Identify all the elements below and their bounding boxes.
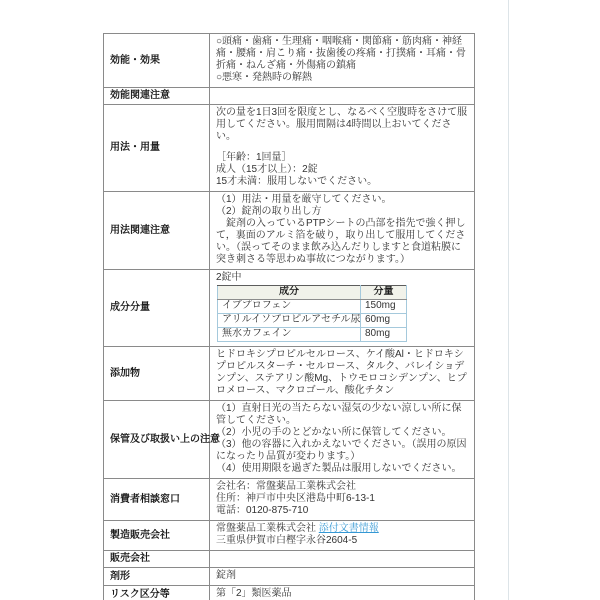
contact-company-text: 会社名：常盤薬品工業株式会社	[216, 481, 468, 493]
storage-item1-text: （1）直射日光の当たらない湿気の少ない涼しい所に保管してください。	[216, 403, 468, 427]
row-efficacy: 効能・効果 ○頭痛・歯痛・生理痛・咽喉痛・関節痛・筋肉痛・神経痛・腰痛・肩こり痛…	[104, 34, 475, 88]
ingredient-amount: 150mg	[361, 300, 407, 314]
ingredient-row: アリルイソプロピルアセチル尿素 60mg	[218, 314, 407, 328]
row-content-dosage-note: （1）用法・用量を厳守してください。 （2）錠剤の取り出し方 錠剤の入っているP…	[210, 192, 475, 270]
storage-item4-text: （4）使用期限を過ぎた製品は服用しないでください。	[216, 463, 468, 475]
dosage-age-header-text: ［年齢：1回量］	[216, 152, 468, 164]
efficacy-indications-text: ○頭痛・歯痛・生理痛・咽喉痛・関節痛・筋肉痛・神経痛・腰痛・肩こり痛・抜歯後の疼…	[216, 36, 468, 72]
row-label-dosage: 用法・用量	[104, 105, 210, 192]
row-ingredients: 成分分量 2錠中 成分 分量 イブプロフェン 150mg アリルイソプロピルアセ…	[104, 270, 475, 347]
storage-item2-text: （2）小児の手のとどかない所に保管してください。	[216, 427, 468, 439]
dosage-note-item1-text: （1）用法・用量を厳守してください。	[216, 194, 468, 206]
row-label-dosage-form: 剤形	[104, 568, 210, 586]
blank-line	[216, 143, 468, 152]
row-content-dosage-form: 錠剤	[210, 568, 475, 586]
row-content-efficacy-note	[210, 88, 475, 105]
dosage-frequency-text: 次の量を1日3回を限度とし、なるべく空腹時をさけて服用してください。服用間隔は4…	[216, 107, 468, 143]
dosage-under15-text: 15才未満：服用しないでください。	[216, 176, 468, 188]
row-efficacy-note: 効能関連注意	[104, 88, 475, 105]
row-label-additives: 添加物	[104, 347, 210, 401]
row-content-storage: （1）直射日光の当たらない湿気の少ない涼しい所に保管してください。 （2）小児の…	[210, 401, 475, 479]
row-label-manufacturer: 製造販売会社	[104, 521, 210, 551]
row-label-efficacy: 効能・効果	[104, 34, 210, 88]
ingredient-name: イブプロフェン	[218, 300, 361, 314]
row-content-risk-class: 第「2」類医薬品	[210, 586, 475, 600]
ingredients-header-row: 成分 分量	[218, 286, 407, 300]
scan-page-edge-line	[508, 0, 509, 600]
additives-list-text: ヒドロキシプロピルセルロース、ケイ酸Al・ヒドロキシプロピルスターチ・セルロース…	[216, 349, 468, 397]
dosage-adult-text: 成人（15才以上）：2錠	[216, 164, 468, 176]
storage-item3-text: （3）他の容器に入れかえないでください。（誤用の原因になったり品質が変わります。…	[216, 439, 468, 463]
row-content-seller	[210, 551, 475, 568]
row-content-dosage: 次の量を1日3回を限度とし、なるべく空腹時をさけて服用してください。服用間隔は4…	[210, 105, 475, 192]
row-content-additives: ヒドロキシプロピルセルロース、ケイ酸Al・ヒドロキシプロピルスターチ・セルロース…	[210, 347, 475, 401]
ingredients-col-header-amount: 分量	[361, 286, 407, 300]
row-label-seller: 販売会社	[104, 551, 210, 568]
row-label-contact: 消費者相談窓口	[104, 479, 210, 521]
row-dosage-form: 剤形 錠剤	[104, 568, 475, 586]
row-label-ingredients: 成分分量	[104, 270, 210, 347]
contact-address-text: 住所：神戸市中央区港島中町6-13-1	[216, 493, 468, 505]
contact-phone-text: 電話：0120-875-710	[216, 505, 468, 517]
drug-info-table: 効能・効果 ○頭痛・歯痛・生理痛・咽喉痛・関節痛・筋肉痛・神経痛・腰痛・肩こり痛…	[103, 33, 475, 600]
row-content-ingredients: 2錠中 成分 分量 イブプロフェン 150mg アリルイソプロピルアセチル尿素 …	[210, 270, 475, 347]
row-seller: 販売会社	[104, 551, 475, 568]
attached-document-info-link[interactable]: 添付文書情報	[319, 523, 379, 534]
ingredient-amount: 80mg	[361, 328, 407, 342]
row-content-manufacturer: 常盤薬品工業株式会社 添付文書情報 三重県伊賀市白樫字永谷2604-5	[210, 521, 475, 551]
row-additives: 添加物 ヒドロキシプロピルセルロース、ケイ酸Al・ヒドロキシプロピルスターチ・セ…	[104, 347, 475, 401]
dosage-note-ptp-text: 錠剤の入っているPTPシートの凸部を指先で強く押して，裏面のアルミ箔を破り，取り…	[216, 218, 468, 266]
ingredient-name: アリルイソプロピルアセチル尿素	[218, 314, 361, 328]
manufacturer-company-text: 常盤薬品工業株式会社	[216, 523, 319, 534]
ingredients-table: 成分 分量 イブプロフェン 150mg アリルイソプロピルアセチル尿素 60mg…	[217, 285, 407, 342]
ingredients-col-header-name: 成分	[218, 286, 361, 300]
row-label-efficacy-note: 効能関連注意	[104, 88, 210, 105]
manufacturer-address-text: 三重県伊賀市白樫字永谷2604-5	[216, 535, 468, 547]
ingredient-amount: 60mg	[361, 314, 407, 328]
row-contact: 消費者相談窓口 会社名：常盤薬品工業株式会社 住所：神戸市中央区港島中町6-13…	[104, 479, 475, 521]
row-dosage-note: 用法関連注意 （1）用法・用量を厳守してください。 （2）錠剤の取り出し方 錠剤…	[104, 192, 475, 270]
row-label-risk-class: リスク区分等	[104, 586, 210, 600]
row-risk-class: リスク区分等 第「2」類医薬品	[104, 586, 475, 600]
row-dosage: 用法・用量 次の量を1日3回を限度とし、なるべく空腹時をさけて服用してください。…	[104, 105, 475, 192]
dosage-note-item2-text: （2）錠剤の取り出し方	[216, 206, 468, 218]
row-label-storage: 保管及び取扱い上の注意	[104, 401, 210, 479]
row-storage: 保管及び取扱い上の注意 （1）直射日光の当たらない湿気の少ない涼しい所に保管して…	[104, 401, 475, 479]
row-manufacturer: 製造販売会社 常盤薬品工業株式会社 添付文書情報 三重県伊賀市白樫字永谷2604…	[104, 521, 475, 551]
efficacy-fever-text: ○悪寒・発熱時の解熱	[216, 72, 468, 84]
row-content-contact: 会社名：常盤薬品工業株式会社 住所：神戸市中央区港島中町6-13-1 電話：01…	[210, 479, 475, 521]
ingredient-row: 無水カフェイン 80mg	[218, 328, 407, 342]
ingredients-per-dose-text: 2錠中	[216, 272, 468, 284]
row-label-dosage-note: 用法関連注意	[104, 192, 210, 270]
ingredient-row: イブプロフェン 150mg	[218, 300, 407, 314]
ingredient-name: 無水カフェイン	[218, 328, 361, 342]
row-content-efficacy: ○頭痛・歯痛・生理痛・咽喉痛・関節痛・筋肉痛・神経痛・腰痛・肩こり痛・抜歯後の疼…	[210, 34, 475, 88]
